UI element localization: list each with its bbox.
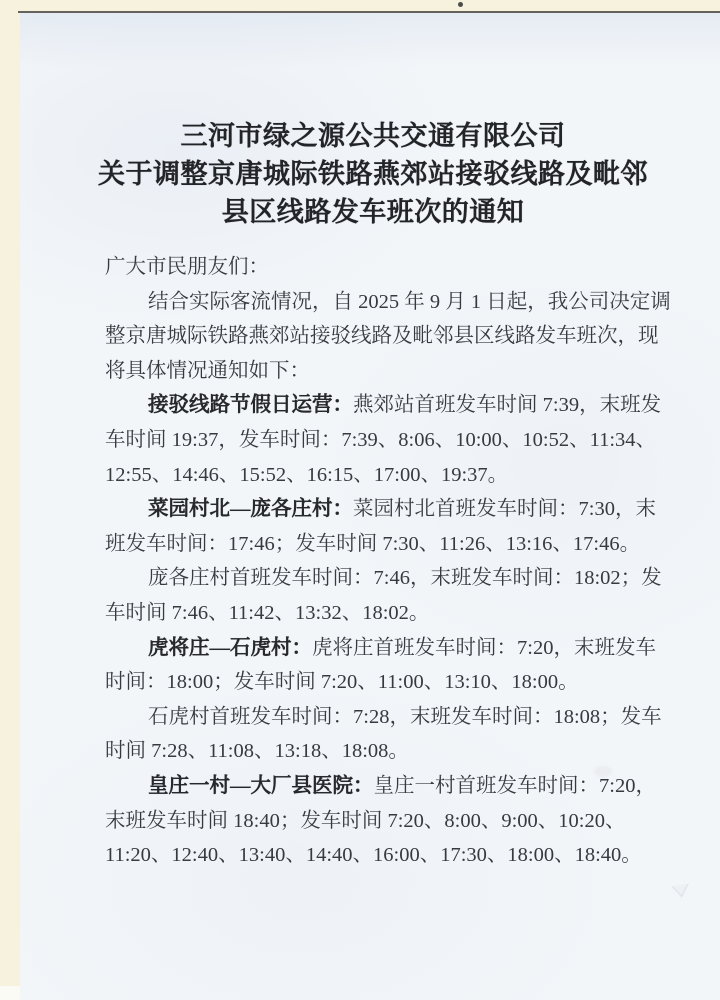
line-text: 整京唐城际铁路燕郊站接驳线路及毗邻县区线路发车班次，现 [105, 325, 659, 347]
notice-line: 车时间 19:37，发车时间：7:39、8:06、10:00、10:52、11:… [105, 423, 667, 458]
route-name: 虎将庄—石虎村： [148, 637, 312, 659]
line-text: 车时间 7:46、11:42、13:32、18:02。 [105, 602, 429, 624]
scan-triangle-artifact [671, 884, 691, 899]
notice-line: 整京唐城际铁路燕郊站接驳线路及毗邻县区线路发车班次，现 [105, 319, 667, 354]
line-text: 石虎村首班发车时间：7:28，末班发车时间：18:08；发车 [148, 706, 662, 728]
paper-top-edge-shadow [18, 11, 720, 13]
notice-line: 班发车时间：17:46；发车时间 7:30、11:26、13:16、17:46。 [105, 527, 667, 562]
line-text: 12:55、14:46、15:52、16:15、17:00、19:37。 [105, 464, 508, 486]
notice-line: 庞各庄村首班发车时间：7:46，末班发车时间：18:02；发 [105, 561, 667, 596]
notice-line: 车时间 7:46、11:42、13:32、18:02。 [105, 596, 667, 631]
line-text: 车时间 19:37，发车时间：7:39、8:06、10:00、10:52、11:… [105, 429, 656, 451]
notice-line: 接驳线路节假日运营：燕郊站首班发车时间 7:39，末班发 [105, 388, 667, 423]
notice-line: 石虎村首班发车时间：7:28，末班发车时间：18:08；发车 [105, 700, 667, 735]
notice-body: 广大市民朋友们： 结合实际客流情况，自 2025 年 9 月 1 日起，我公司决… [105, 250, 667, 873]
line-text: 时间 7:28、11:08、13:18、18:08。 [105, 740, 409, 762]
line-text: 燕郊站首班发车时间 7:39，末班发 [353, 394, 661, 416]
notice-line: 12:55、14:46、15:52、16:15、17:00、19:37。 [105, 458, 667, 493]
line-text: 广大市民朋友们： [105, 256, 269, 278]
notice-line: 结合实际客流情况，自 2025 年 9 月 1 日起，我公司决定调 [105, 285, 667, 320]
notice-line: 皇庄一村—大厂县医院：皇庄一村首班发车时间：7:20， [105, 769, 667, 804]
notice-line: 将具体情况通知如下： [105, 354, 667, 389]
line-text: 庞各庄村首班发车时间：7:46，末班发车时间：18:02；发 [148, 567, 662, 589]
route-name: 皇庄一村—大厂县医院： [148, 775, 374, 797]
scanned-notice-document: 三河市绿之源公共交通有限公司 关于调整京唐城际铁路燕郊站接驳线路及毗邻 县区线路… [0, 0, 720, 1000]
line-text: 末班发车时间 18:40；发车时间 7:20、8:00、9:00、10:20、 [105, 810, 625, 832]
notice-title-line: 三河市绿之源公共交通有限公司 [78, 117, 668, 155]
line-text: 11:20、12:40、13:40、14:40、16:00、17:30、18:0… [105, 844, 642, 866]
notice-line: 虎将庄—石虎村：虎将庄首班发车时间：7:20，末班发车 [105, 631, 667, 666]
route-name: 菜园村北—庞各庄村： [148, 498, 353, 520]
notice-title: 三河市绿之源公共交通有限公司 关于调整京唐城际铁路燕郊站接驳线路及毗邻 县区线路… [78, 117, 668, 231]
line-text: 皇庄一村首班发车时间：7:20， [374, 775, 656, 797]
notice-line: 末班发车时间 18:40；发车时间 7:20、8:00、9:00、10:20、 [105, 804, 667, 839]
scan-edge-strip [0, 986, 20, 1000]
notice-title-line: 关于调整京唐城际铁路燕郊站接驳线路及毗邻 [78, 155, 668, 193]
line-text: 班发车时间：17:46；发车时间 7:30、11:26、13:16、17:46。 [105, 533, 640, 555]
route-name: 接驳线路节假日运营： [148, 394, 353, 416]
notice-line: 菜园村北—庞各庄村：菜园村北首班发车时间：7:30，末 [105, 492, 667, 527]
line-text: 结合实际客流情况，自 2025 年 9 月 1 日起，我公司决定调 [148, 291, 671, 313]
salutation-line: 广大市民朋友们： [105, 250, 667, 285]
notice-line: 11:20、12:40、13:40、14:40、16:00、17:30、18:0… [105, 838, 667, 873]
notice-line: 时间 7:28、11:08、13:18、18:08。 [105, 734, 667, 769]
scan-dot-artifact [458, 2, 463, 7]
notice-title-line: 县区线路发车班次的通知 [78, 193, 668, 231]
line-text: 菜园村北首班发车时间：7:30，末 [353, 498, 656, 520]
line-text: 将具体情况通知如下： [105, 360, 310, 382]
line-text: 时间：18:00；发车时间 7:20、11:00、13:10、18:00。 [105, 671, 579, 693]
line-text: 虎将庄首班发车时间：7:20，末班发车 [312, 637, 656, 659]
notice-line: 时间：18:00；发车时间 7:20、11:00、13:10、18:00。 [105, 665, 667, 700]
